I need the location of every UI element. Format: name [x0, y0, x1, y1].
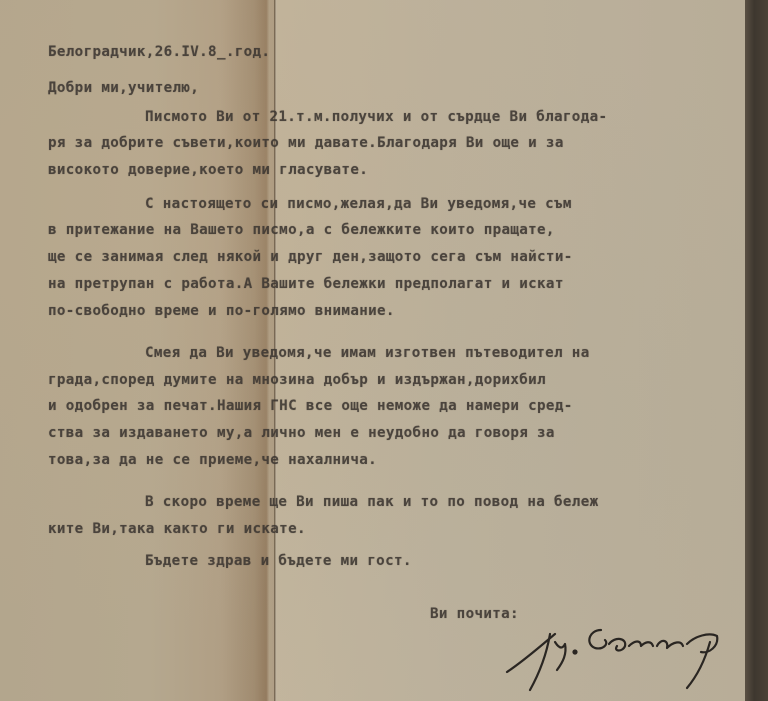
paragraph-1-line-2: ря за добрите съвети,които ми давате.Бла…	[48, 135, 564, 151]
paragraph-2-line-5: по-свободно време и по-голямо внимание.	[48, 303, 395, 319]
paragraph-3-line-1: Смея да Ви уведомя,че имам изготвен пъте…	[145, 345, 590, 361]
paragraph-2-line-1: С настоящето си писмо,желая,да Ви уведом…	[145, 196, 572, 212]
paragraph-2-line-3: ще се занимая след някой и друг ден,защо…	[48, 249, 573, 265]
paragraph-2-line-2: в притежание на Вашето писмо,а с бележки…	[48, 222, 555, 238]
paragraph-1-line-3: високото доверие,което ми гласувате.	[48, 162, 368, 178]
salutation: Добри ми,учителю,	[48, 80, 199, 96]
paragraph-3-line-5: това,за да не се приеме,че нахалнича.	[48, 452, 377, 468]
closing: Ви почита:	[430, 606, 519, 622]
paragraph-4-line-2: ките Ви,така както ги искате.	[48, 521, 306, 537]
paragraph-2-line-4: на претрупан с работа.А Вашите бележки п…	[48, 276, 564, 292]
paragraph-4-line-1: В скоро време ще Ви пиша пак и то по пов…	[145, 494, 598, 510]
paragraph-3-line-4: ства за издаването му,а лично мен е неуд…	[48, 425, 555, 441]
paragraph-3-line-3: и одобрен за печат.Нашия ГНС все още нем…	[48, 398, 573, 414]
place-date: Белоградчик,26.IV.8_.год.	[48, 44, 270, 60]
paragraph-5-line-1: Бъдете здрав и бъдете ми гост.	[145, 553, 412, 569]
dark-background-edge	[745, 0, 768, 701]
paragraph-3-line-2: града,според думите на мнозина добър и и…	[48, 372, 546, 388]
handwritten-signature	[505, 622, 745, 697]
paragraph-1-line-1: Писмото Ви от 21.т.м.получих и от сърдце…	[145, 109, 607, 125]
